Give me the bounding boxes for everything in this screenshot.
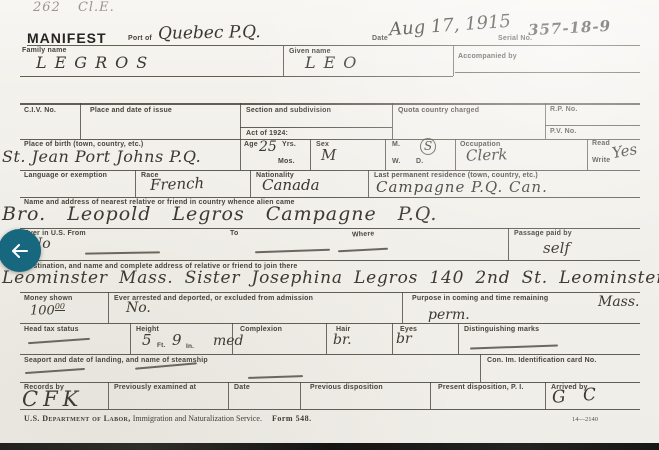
serial-label: Serial No. [498, 35, 532, 42]
act-of-1924-label: Act of 1924: [246, 130, 288, 137]
grid-line [20, 103, 640, 105]
blank-dash-mark [338, 248, 388, 253]
occupation-value: Clerk [466, 145, 508, 164]
nationality-value: Canada [262, 176, 320, 194]
grid-line [392, 103, 393, 139]
back-button[interactable] [0, 229, 41, 272]
blank-dash-mark [25, 368, 85, 374]
where-label: Where [352, 230, 375, 238]
grid-line [455, 139, 456, 170]
grid-line [20, 409, 640, 410]
present-disposition-label: Present disposition, P. I. [438, 384, 524, 391]
port-label: Port of [128, 35, 152, 42]
grid-line [80, 103, 81, 139]
height-ft-value: 5 [142, 331, 152, 349]
grid-line [20, 197, 640, 198]
write-label: Write [592, 157, 610, 164]
grid-line [240, 103, 241, 170]
manifest-title: MANIFEST [27, 30, 107, 46]
blank-dash-mark [255, 249, 330, 254]
marital-d-label: D. [416, 158, 423, 165]
purpose-value: perm. [428, 307, 470, 323]
grid-line [480, 354, 481, 382]
grid-line [458, 323, 459, 354]
records-by-value: CFK [22, 387, 83, 411]
civ-no-label: C.I.V. No. [24, 107, 56, 114]
yrs-label: Yrs. [282, 141, 296, 148]
language-exemption-label: Language or exemption [24, 172, 107, 179]
grid-line [20, 228, 640, 229]
grid-line [453, 46, 454, 76]
money-cents: 00 [55, 302, 65, 311]
eyes-value: br [396, 331, 412, 347]
read-label: Read [592, 140, 610, 147]
footer-print-code: 14—2140 [572, 416, 598, 423]
arrow-left-icon [11, 244, 29, 258]
grid-line [545, 382, 546, 409]
manifest-document-page: 262 Cl.E. MANIFEST Port of Quebec P.Q. D… [0, 0, 659, 450]
grid-line [20, 170, 640, 171]
date-value: Aug 17, 1915 [388, 11, 511, 40]
age-label: Age [244, 141, 258, 148]
destination-value-wrap: Mass. [598, 294, 640, 310]
bottom-dark-band [0, 443, 659, 450]
passage-paid-label: Passage paid by [514, 230, 572, 237]
date-label: Date [372, 35, 388, 42]
money-shown-label: Money shown [24, 295, 72, 302]
ft-label: Ft. [157, 342, 166, 349]
grid-line [310, 139, 311, 170]
footer-imprint: U.S. Department of Labor, Immigration an… [24, 414, 312, 423]
money-shown-value: 10000 [30, 302, 65, 318]
nearest-relative-value: Bro. Leopold Legros Campagne P.Q. [2, 203, 437, 225]
grid-line [326, 323, 327, 354]
marital-w-label: W. [392, 158, 401, 165]
place-of-birth-value: St. Jean Port Johns P.Q. [2, 147, 201, 166]
grid-line [402, 292, 403, 323]
grid-line [20, 76, 453, 77]
grid-line [20, 354, 640, 355]
previous-disposition-label: Previous disposition [310, 384, 383, 391]
blank-dash-mark [470, 344, 558, 349]
grid-line [368, 170, 369, 197]
grid-line [27, 45, 640, 46]
grid-line [508, 228, 509, 260]
grid-line [20, 139, 640, 140]
given-name-value: LEO [305, 53, 364, 72]
in-label: In. [186, 343, 194, 350]
destination-value: Leominster Mass. Sister Josephina Legros… [2, 268, 659, 288]
to-label: To [230, 230, 238, 237]
read-write-value: Yes [611, 140, 639, 162]
complexion-label: Complexion [240, 326, 282, 333]
grid-line [20, 323, 640, 324]
section-subdivision-label: Section and subdivision [246, 107, 331, 114]
head-tax-label: Head tax status [24, 326, 79, 333]
mos-label: Mos. [278, 158, 295, 165]
passage-paid-value: self [543, 239, 570, 257]
footer-service: Immigration and Naturalization Service. [133, 414, 262, 423]
footer-form-number: Form 548. [272, 414, 312, 423]
grid-line [20, 382, 640, 383]
hair-value: br. [333, 332, 352, 348]
height-in-value: 9 [172, 331, 182, 349]
sex-value: M [321, 146, 336, 164]
blank-dash-mark [85, 251, 160, 254]
family-name-value: LEGROS [36, 53, 155, 72]
grid-line [108, 382, 109, 409]
purpose-label: Purpose in coming and time remaining [412, 295, 548, 302]
con-im-card-label: Con. Im. Identification card No. [487, 357, 596, 364]
marital-status-circled-s: S [420, 138, 436, 155]
complexion-value: med [213, 333, 244, 349]
records-date-label: Date [234, 384, 250, 391]
grid-line [108, 292, 109, 323]
quota-country-label: Quota country charged [398, 107, 479, 114]
blank-dash-mark [28, 338, 90, 344]
grid-line [250, 170, 251, 197]
rp-no-label: R.P. No. [550, 106, 578, 113]
place-date-issue-label: Place and date of issue [90, 107, 172, 114]
age-value: 25 [259, 139, 277, 155]
accompanied-by-label: Accompanied by [458, 53, 517, 60]
grid-line [587, 139, 588, 170]
grid-line [385, 139, 386, 170]
grid-line [300, 382, 301, 409]
grid-line [20, 292, 640, 293]
pv-no-label: P.V. No. [550, 128, 577, 135]
pencil-annotation: 262 Cl.E. [33, 0, 115, 15]
grid-line [240, 127, 392, 128]
previously-examined-label: Previously examined at [114, 384, 196, 391]
marital-m-label: M. [392, 141, 400, 148]
grid-line [430, 382, 431, 409]
port-value: Quebec P.Q. [158, 22, 261, 44]
grid-line [228, 382, 229, 409]
distinguishing-marks-label: Distinguishing marks [464, 326, 539, 333]
grid-line [135, 170, 136, 197]
grid-line [283, 46, 284, 76]
grid-line [545, 125, 640, 126]
grid-line [20, 260, 640, 261]
grid-line [545, 103, 546, 139]
ever-arrested-value: No. [126, 300, 151, 316]
blank-field-line [455, 72, 640, 73]
grid-line [130, 323, 131, 354]
money-amount: 100 [30, 303, 55, 318]
race-value: French [150, 174, 205, 194]
last-residence-value: Campagne P.Q. Can. [376, 178, 548, 196]
serial-value: 357-18-9 [528, 17, 612, 39]
blank-dash-mark [248, 375, 303, 379]
footer-department: U.S. Department of Labor, [24, 414, 131, 423]
grid-line [392, 323, 393, 354]
arrived-by-value: G C [551, 384, 602, 407]
